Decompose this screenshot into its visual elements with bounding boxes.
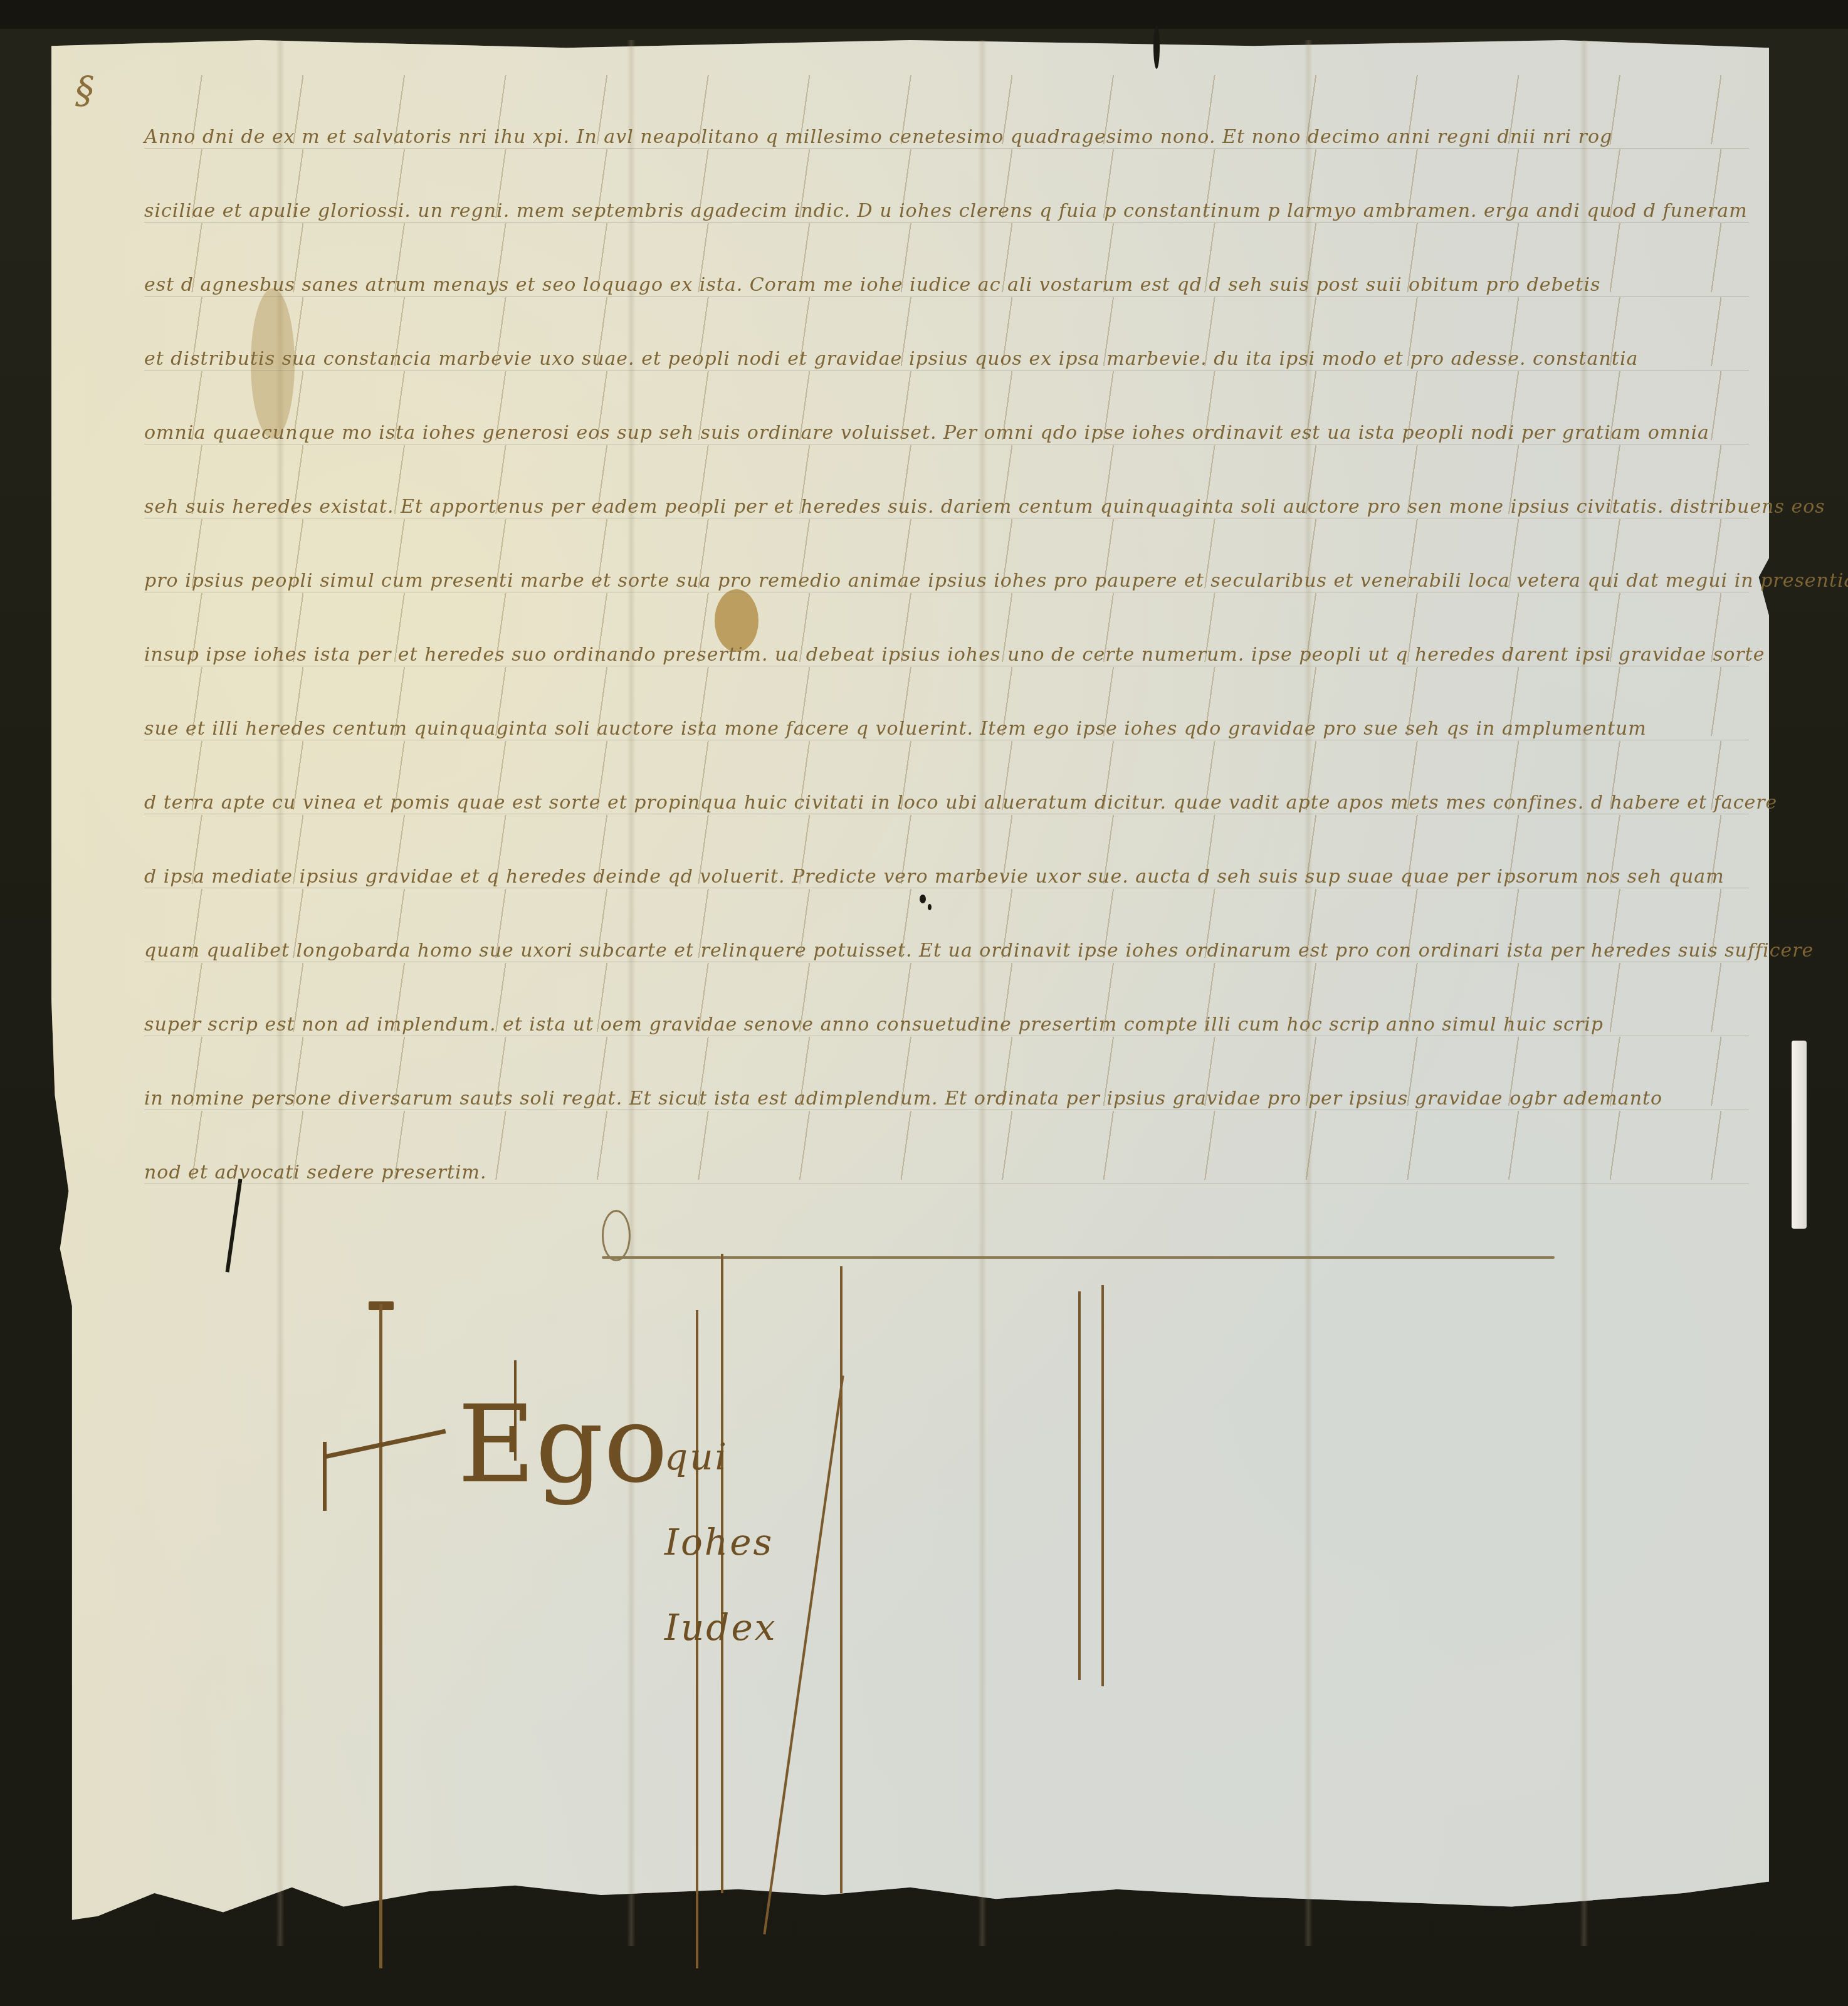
signature-stroke xyxy=(1078,1291,1081,1680)
marginal-mark: § xyxy=(75,69,94,113)
subscription-word: qui xyxy=(664,1436,728,1478)
signature-stroke xyxy=(1101,1285,1104,1686)
text-line: nod et advocati sedere presertim. xyxy=(144,1136,1749,1210)
closing-rota-mark xyxy=(602,1210,631,1261)
text-line: Anno dni de ex m et salvatoris nri ihu x… xyxy=(144,100,1749,174)
text-line: insup ipse iohes ista per et heredes suo… xyxy=(144,618,1749,692)
signature-subscription: qui Iohes Iudex xyxy=(664,1436,777,1649)
ego-monogram: Ego xyxy=(458,1392,668,1498)
mounting-clip xyxy=(1792,1041,1807,1229)
cross-icon xyxy=(379,1304,382,1968)
text-line: seh suis heredes existat. Et apportenus … xyxy=(144,470,1749,544)
text-line: et distributis sua constancia marbevie u… xyxy=(144,322,1749,396)
text-line: siciliae et apulie gloriossi. un regni. … xyxy=(144,174,1749,248)
mount-top-flap xyxy=(0,0,1848,29)
charter-text: Anno dni de ex m et salvatoris nri ihu x… xyxy=(144,100,1749,1210)
text-line: est d agnesbus sanes atrum menays et seo… xyxy=(144,248,1749,322)
closing-flourish xyxy=(602,1256,1555,1259)
text-line: super scrip est non ad implendum. et ist… xyxy=(144,988,1749,1062)
text-line: sue et illi heredes centum quinquaginta … xyxy=(144,692,1749,766)
text-line: d ipsa mediate ipsius gravidae et q here… xyxy=(144,840,1749,914)
text-line: d terra apte cu vinea et pomis quae est … xyxy=(144,766,1749,840)
cross-icon xyxy=(323,1442,327,1511)
text-line: in nomine persone diversarum sauts soli … xyxy=(144,1062,1749,1136)
subscription-word: Iudex xyxy=(664,1606,777,1649)
text-line: omnia quaecunque mo ista iohes generosi … xyxy=(144,396,1749,470)
text-line: pro ipsius peopli simul cum presenti mar… xyxy=(144,544,1749,618)
top-notch xyxy=(1153,25,1160,69)
signature-stroke xyxy=(840,1266,843,1893)
text-line: quam qualibet longobarda homo sue uxori … xyxy=(144,914,1749,988)
subscription-word: Iohes xyxy=(664,1521,774,1563)
